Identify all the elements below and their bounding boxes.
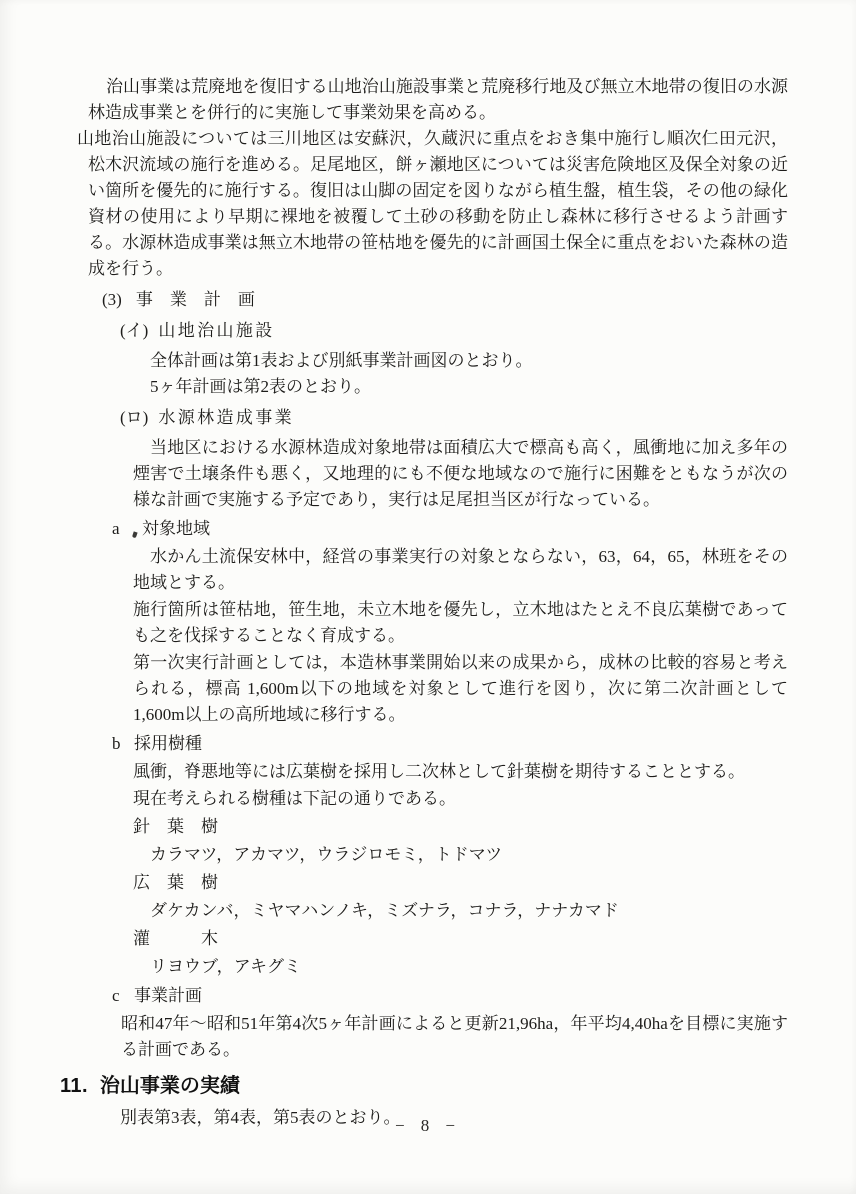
line-overall-plan: 全体計画は第1表および別紙事業計画図のとおり。	[150, 348, 788, 374]
subsection-label: (ロ)	[120, 408, 148, 427]
paragraph-species-intro: 現在考えられる樹種は下記の通りである。	[133, 786, 788, 812]
subsection-title: 水源林造成事業	[158, 408, 294, 427]
item-title: 採用樹種	[134, 734, 202, 753]
heading-shrubs: 灌 木	[133, 926, 788, 952]
subsection-label: (イ)	[120, 321, 148, 340]
item-label: a	[112, 516, 134, 542]
paragraph-first-phase: 第一次実行計画としては，本造林事業開始以来の成果から，成林の比較的容易と考えられ…	[133, 650, 788, 728]
item-label: b	[112, 731, 134, 757]
item-c-heading: c事業計画	[112, 983, 788, 1009]
paragraph-work-sites: 施行箇所は笹枯地，笹生地，未立木地を優先し，立木地はたとえ不良広葉樹であっても之…	[133, 597, 788, 649]
list-shrubs: リヨウブ，アキグミ	[150, 954, 788, 980]
item-a-heading: a対象地域	[112, 516, 788, 542]
line-5year-plan: 5ヶ年計画は第2表のとおり。	[150, 374, 788, 400]
paragraph-plan-overview: 山地治山施設については三川地区は安蘇沢，久蔵沢に重点をおき集中施行し順次仁田元沢…	[88, 126, 788, 282]
section-title: 治山事業の実績	[100, 1075, 240, 1097]
section-number: 11.	[60, 1075, 88, 1097]
item-title: 対象地域	[142, 519, 210, 538]
item-label: c	[112, 983, 134, 1009]
heading-broadleaf: 広 葉 樹	[133, 870, 788, 896]
paragraph-intro: 治山事業は荒廃地を復旧する山地治山施設事業と荒廃移行地及び無立木地帯の復旧の水源…	[88, 74, 788, 126]
list-conifers: カラマツ，アカマツ，ウラジロモミ，トドマツ	[150, 842, 788, 868]
section-heading-11: 11.治山事業の実績	[60, 1071, 788, 1101]
section-heading-3: (3)事 業 計 画	[102, 287, 788, 313]
document-body: 治山事業は荒廃地を復旧する山地治山施設事業と荒廃移行地及び無立木地帯の復旧の水源…	[88, 74, 788, 1131]
page-number: − 8 −	[0, 1116, 856, 1136]
paragraph-district: 当地区における水源林造成対象地帯は面積広大で標高も高く，風衝地に加え多年の煙害で…	[133, 435, 788, 513]
paragraph-target-area: 水かん土流保安林中，経営の事業実行の対象とならない，63，64，65，林班をその…	[133, 544, 788, 596]
section-number: (3)	[102, 290, 122, 309]
list-broadleaf: ダケカンバ，ミヤマハンノキ，ミズナラ，コナラ，ナナカマド	[150, 898, 788, 924]
paragraph-species-policy: 風衝，脊悪地等には広葉樹を採用し二次林として針葉樹を期待することとする。	[133, 759, 788, 785]
ink-speck	[132, 531, 138, 538]
subsection-ro: (ロ)水源林造成事業	[120, 405, 788, 431]
item-b-heading: b採用樹種	[112, 731, 788, 757]
item-title: 事業計画	[134, 986, 202, 1005]
scanned-document-page: 治山事業は荒廃地を復旧する山地治山施設事業と荒廃移行地及び無立木地帯の復旧の水源…	[0, 0, 856, 1194]
subsection-title: 山地治山施設	[158, 321, 274, 340]
section-title: 事 業 計 画	[136, 290, 255, 309]
paragraph-5year-target: 昭和47年～昭和51年第4次5ヶ年計画によると更新21,96ha，年平均4,40…	[121, 1011, 788, 1063]
subsection-i: (イ)山地治山施設	[120, 318, 788, 344]
heading-conifers: 針 葉 樹	[133, 814, 788, 840]
